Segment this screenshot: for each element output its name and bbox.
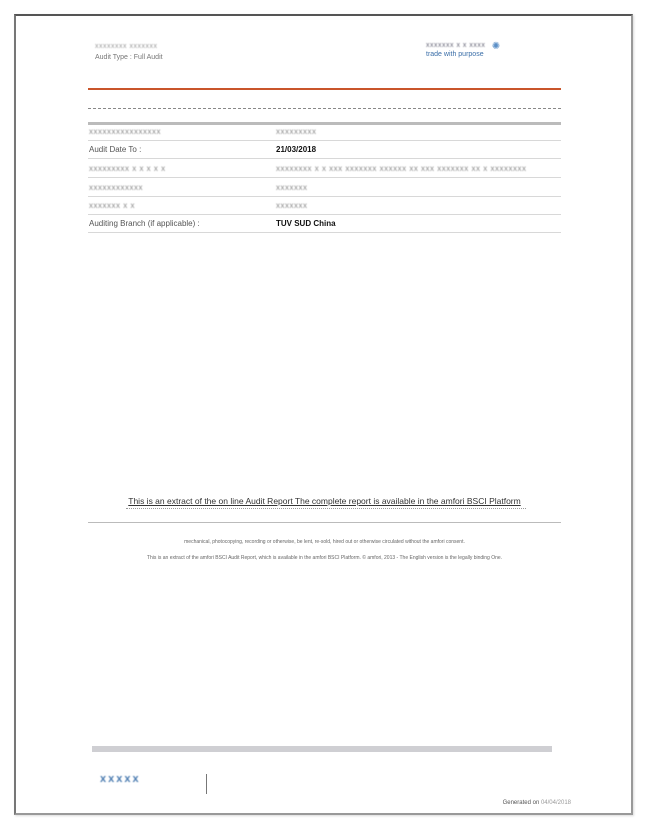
info-row-auditing-branch: Auditing Branch (if applicable) : TUV SU… — [88, 214, 561, 233]
info-row: xxxxxxxxxxxx xxxxxxx — [88, 178, 561, 197]
row-label: xxxxxxxxx x x x x x — [89, 164, 166, 173]
generated-date: 04/04/2018 — [541, 800, 571, 806]
row-label: xxxxxxxxxxxxxxxx — [89, 127, 161, 136]
generated-label: Generated on — [503, 800, 540, 806]
row-label: xxxxxxxxxxxx — [89, 183, 143, 192]
amfori-globe-icon: ✺ — [489, 41, 503, 53]
redacted-line — [126, 508, 526, 511]
audit-type: Audit Type : Full Audit — [95, 54, 163, 61]
row-value: xxxxxxxxx — [276, 127, 317, 136]
logo-text: xxxxxxx x x xxxx — [426, 42, 485, 49]
extract-notice: This is an extract of the on line Audit … — [88, 496, 561, 506]
footer-divider — [88, 522, 561, 523]
header-divider — [88, 88, 561, 90]
redacted-band — [88, 122, 561, 125]
logo-tagline: trade with purpose — [426, 51, 484, 58]
legal-text: mechanical, photocopying, recording or o… — [88, 539, 561, 545]
row-value: 21/03/2018 — [276, 145, 316, 154]
document-page: xxxxxxxx xxxxxxx Audit Type : Full Audit… — [14, 14, 633, 815]
row-label: xxxxxxx x x — [89, 201, 135, 210]
company-name: xxxxxxxx xxxxxxx — [95, 43, 157, 50]
redacted-line — [88, 108, 561, 111]
info-row: xxxxxxxxx x x x x x xxxxxxxx x x xxx xxx… — [88, 159, 561, 178]
generated-on: Generated on 04/04/2018 — [503, 800, 571, 806]
row-value: xxxxxxxx x x xxx xxxxxxx xxxxxx xx xxx x… — [276, 164, 526, 173]
legal-text: This is an extract of the amfori BSCI Au… — [88, 555, 561, 561]
signature-mark — [206, 774, 207, 794]
row-value: TUV SUD China — [276, 219, 336, 228]
footer-bar — [92, 746, 552, 752]
row-value: xxxxxxx — [276, 183, 308, 192]
stamp-signature: xxxxx — [100, 773, 141, 785]
info-row: xxxxxxx x x xxxxxxx — [88, 196, 561, 215]
row-label: Audit Date To : — [89, 145, 141, 154]
row-label: Auditing Branch (if applicable) : — [89, 219, 200, 228]
info-row-audit-date-to: Audit Date To : 21/03/2018 — [88, 140, 561, 159]
row-value: xxxxxxx — [276, 201, 308, 210]
